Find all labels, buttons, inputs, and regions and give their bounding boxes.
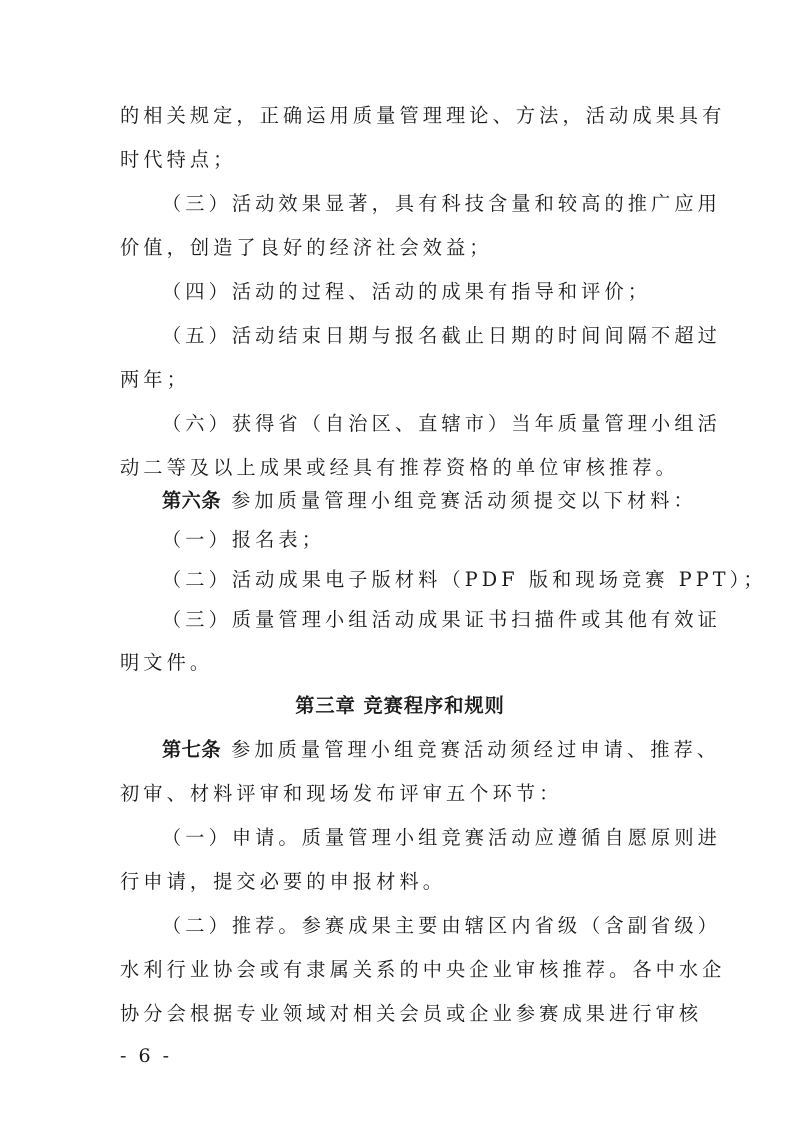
document-page: 的相关规定，正确运用质量管理理论、方法，活动成果具有 时代特点； （三）活动效果… xyxy=(0,0,800,1131)
body-text-line: 明文件。 xyxy=(120,648,680,678)
body-text-line: 价值，创造了良好的经济社会效益； xyxy=(120,233,680,263)
article-6-text: 参加质量管理小组竞赛活动须提交以下材料： xyxy=(231,489,697,512)
list-item-5: （五）活动结束日期与报名截止日期的时间间隔不超过 xyxy=(162,321,722,351)
body-text-line: 协分会根据专业领域对相关会员或企业参赛成果进行审核 xyxy=(120,999,680,1029)
body-text-line: 两年； xyxy=(120,365,680,395)
body-text-line: 初审、材料评审和现场发布评审五个环节： xyxy=(120,779,680,809)
body-text-line: 的相关规定，正确运用质量管理理论、方法，活动成果具有 xyxy=(120,101,680,131)
material-item-1: （一）报名表； xyxy=(162,525,722,555)
article-7: 第七条参加质量管理小组竞赛活动须经过申请、推荐、 xyxy=(162,735,722,765)
material-item-3: （三）质量管理小组活动成果证书扫描件或其他有效证 xyxy=(162,605,722,635)
body-text-line: 行申请，提交必要的申报材料。 xyxy=(120,867,680,897)
chapter-heading: 第三章 竞赛程序和规则 xyxy=(0,691,800,721)
page-number: - 6 - xyxy=(120,1041,172,1071)
article-7-label: 第七条 xyxy=(162,738,221,761)
step-1-apply: （一）申请。质量管理小组竞赛活动应遵循自愿原则进 xyxy=(162,823,722,853)
body-text-line: 水利行业协会或有隶属关系的中央企业审核推荐。各中水企 xyxy=(120,955,680,985)
body-text-line: 动二等及以上成果或经具有推荐资格的单位审核推荐。 xyxy=(120,453,680,483)
material-item-2: （二）活动成果电子版材料（PDF 版和现场竞赛 PPT）； xyxy=(162,565,722,595)
body-text-line: 时代特点； xyxy=(120,145,680,175)
list-item-4: （四）活动的过程、活动的成果有指导和评价； xyxy=(162,277,722,307)
step-2-recommend: （二）推荐。参赛成果主要由辖区内省级（含副省级） xyxy=(162,911,722,941)
list-item-6: （六）获得省（自治区、直辖市）当年质量管理小组活 xyxy=(162,409,722,439)
article-6: 第六条参加质量管理小组竞赛活动须提交以下材料： xyxy=(162,486,722,516)
list-item-3: （三）活动效果显著，具有科技含量和较高的推广应用 xyxy=(162,189,722,219)
article-7-text: 参加质量管理小组竞赛活动须经过申请、推荐、 xyxy=(231,738,720,761)
article-6-label: 第六条 xyxy=(162,489,221,512)
